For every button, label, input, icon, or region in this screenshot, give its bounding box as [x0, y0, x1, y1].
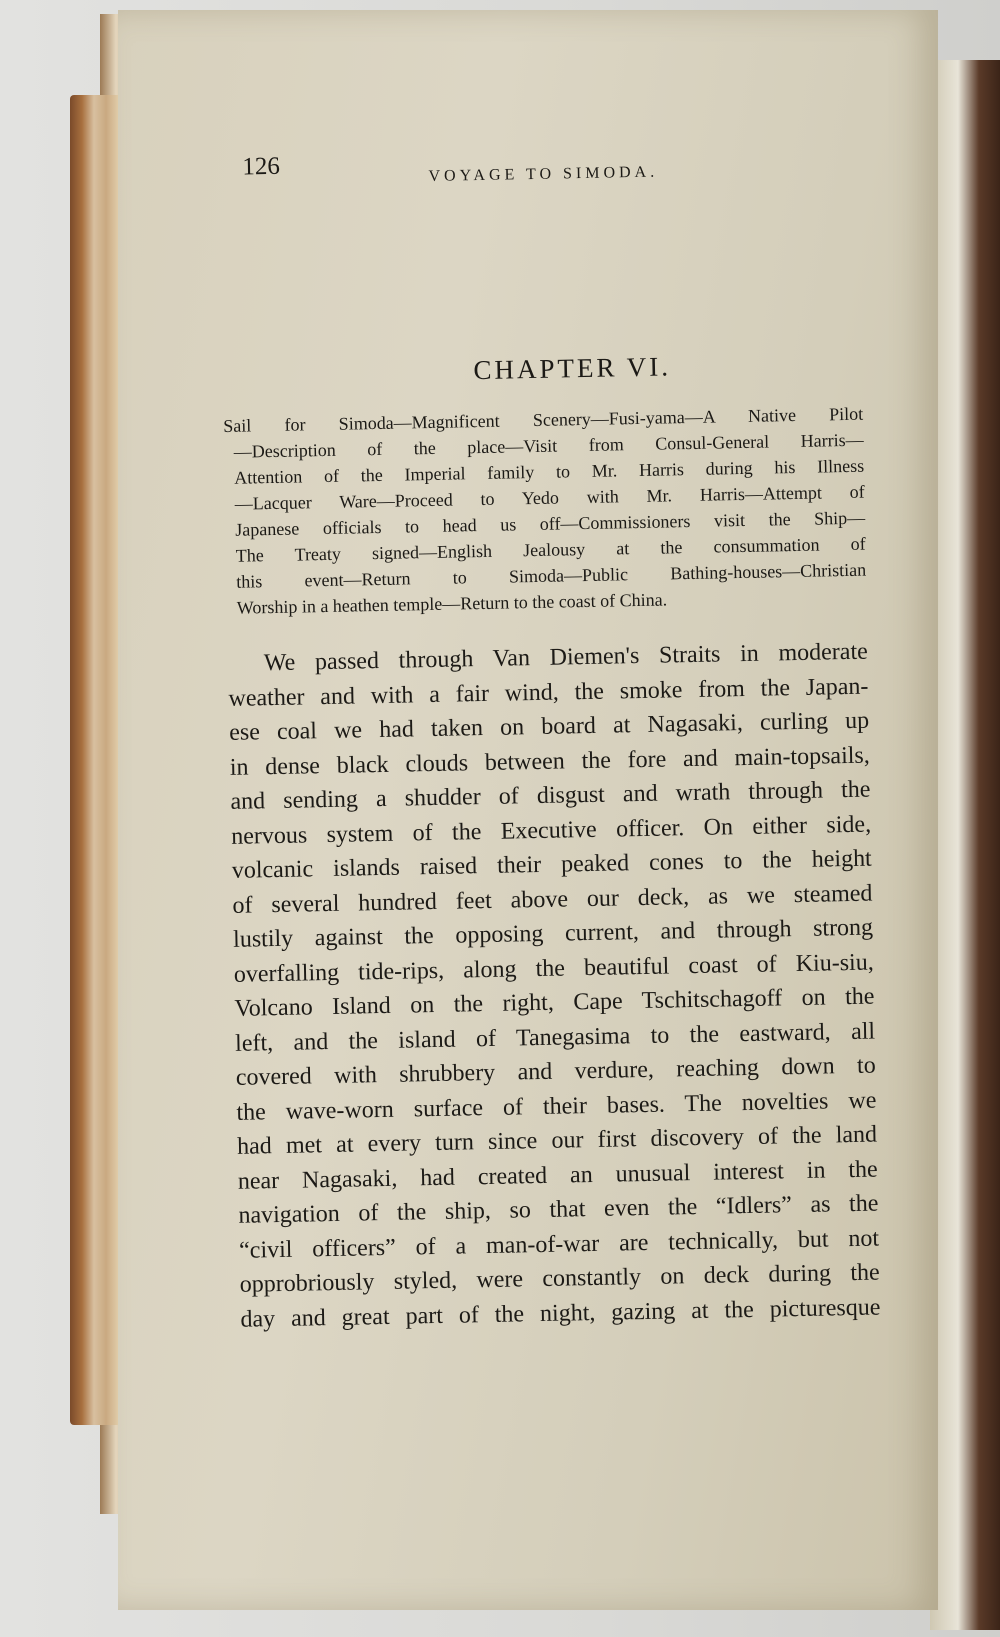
chapter-summary: Sail for Simoda—Magnificent Scenery—Fusi… [223, 401, 867, 621]
page-content: 126 VOYAGE TO SIMODA. CHAPTER VI. Sail f… [218, 138, 881, 1337]
running-title: VOYAGE TO SIMODA. [428, 164, 658, 186]
body-text: We passed through Van Diemen's Straits i… [228, 635, 881, 1337]
page-number: 126 [242, 153, 280, 182]
chapter-title: CHAPTER VI. [282, 348, 862, 390]
running-head: 126 VOYAGE TO SIMODA. [218, 138, 859, 210]
book-gutter [930, 60, 1000, 1630]
